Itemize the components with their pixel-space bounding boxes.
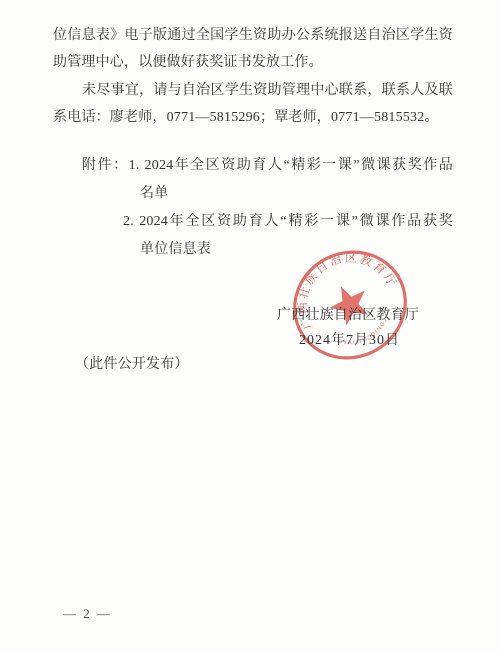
document-page: 位信息表》电子版通过全国学生资助办公系统报送自治区学生资 助管理中心，以便做好获… bbox=[0, 0, 500, 653]
attachment-line: 附件：1. 2024年全区资助育人“精彩一课”微课获奖作品 bbox=[82, 156, 453, 175]
public-release-note: （此件公开发布） bbox=[75, 355, 189, 374]
signature-date: 2024年7月30日 bbox=[299, 331, 400, 350]
body-line: 助管理中心，以便做好获奖证书发放工作。 bbox=[53, 53, 323, 72]
body-line: 位信息表》电子版通过全国学生资助办公系统报送自治区学生资 bbox=[53, 26, 453, 45]
body-line: 系电话：廖老师，0771—5815296；覃老师，0771—5815532。 bbox=[53, 108, 439, 127]
attachment-line: 单位信息表 bbox=[140, 240, 211, 259]
official-seal: 广西壮族自治区教育厅 GYAUYUZDINGJ bbox=[270, 227, 430, 383]
body-line: 未尽事宜，请与自治区学生资助管理中心联系，联系人及联 bbox=[82, 81, 453, 100]
attachment-line: 2. 2024年全区资助育人“精彩一课”微课作品获奖 bbox=[123, 212, 453, 231]
attachment-line: 名单 bbox=[140, 184, 168, 203]
signature-org: 广西壮族自治区教育厅 bbox=[277, 306, 419, 325]
page-number: — 2 — bbox=[63, 604, 112, 623]
